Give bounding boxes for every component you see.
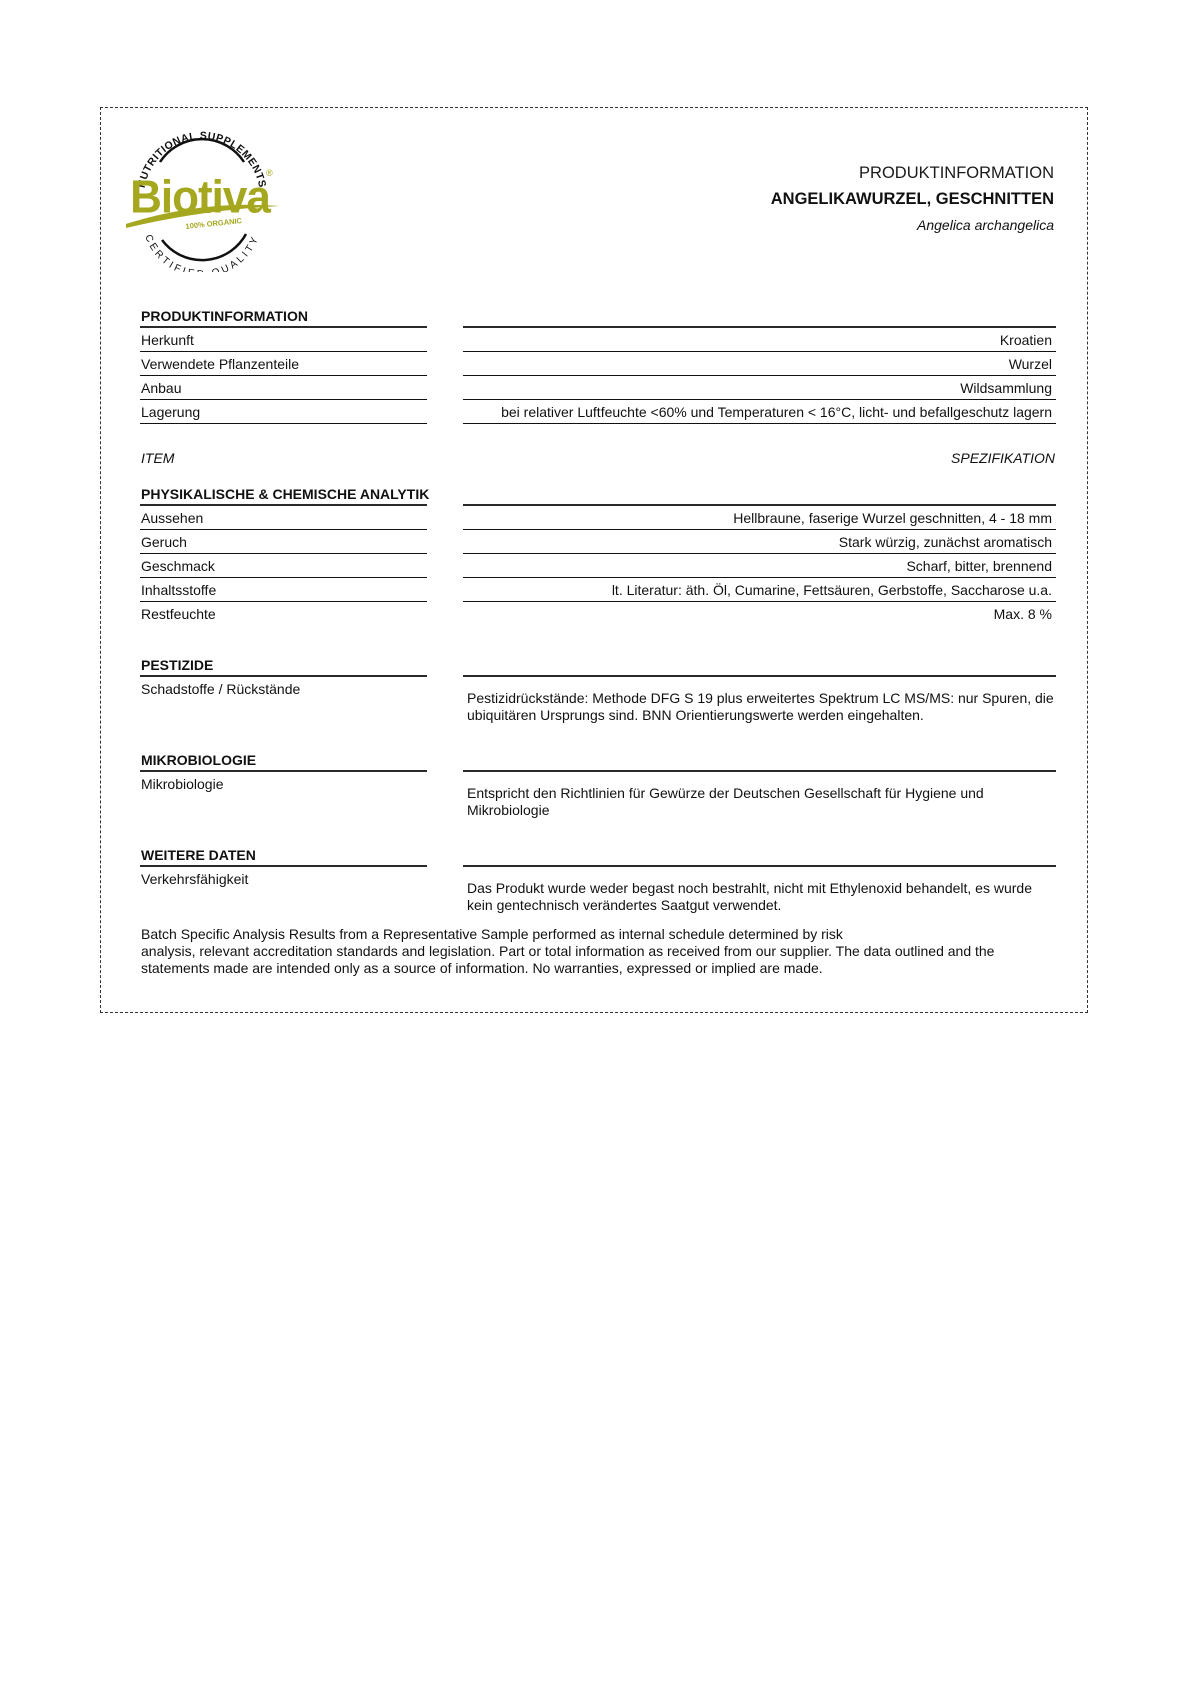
section-produktinformation: PRODUKTINFORMATION Herkunft Verwendete P…	[140, 306, 1056, 326]
table-row: Geschmack	[140, 554, 427, 578]
document-header: PRODUKTINFORMATION ANGELIKAWURZEL, GESCH…	[771, 160, 1054, 238]
row-label: Geruch	[140, 530, 187, 553]
row-value: lt. Literatur: äth. Öl, Cumarine, Fettsä…	[611, 578, 1056, 601]
table-row: Anbau	[140, 376, 427, 400]
section-analytik: PHYSIKALISCHE & CHEMISCHE ANALYTIK Ausse…	[140, 484, 1056, 504]
table-row: Verwendete Pflanzenteile	[140, 352, 427, 376]
table-row: Restfeuchte	[140, 602, 427, 626]
row-label: Anbau	[140, 376, 181, 399]
table-row: Geruch	[140, 530, 427, 554]
row-label: Schadstoffe / Rückstände	[140, 677, 427, 701]
biotiva-logo: NUTRITIONAL SUPPLEMENTS CERTIFIED QUALIT…	[122, 122, 282, 272]
disclaimer: Batch Specific Analysis Results from a R…	[141, 926, 1061, 977]
row-label: Geschmack	[140, 554, 215, 577]
row-value: bei relativer Luftfeuchte <60% und Tempe…	[500, 400, 1056, 423]
table-row: Inhaltsstoffe	[140, 578, 427, 602]
table-row: Aussehen	[140, 506, 427, 530]
section-pestizide: PESTIZIDE Schadstoffe / Rückstände Pesti…	[140, 655, 1056, 675]
table-row: Lagerung	[140, 400, 427, 424]
row-label: Aussehen	[140, 506, 203, 529]
row-value: Kroatien	[999, 328, 1056, 351]
section-weitere-daten: WEITERE DATEN Verkehrsfähigkeit Das Prod…	[140, 845, 1056, 865]
latin-name: Angelica archangelica	[771, 212, 1054, 238]
disclaimer-line-2: analysis, relevant accreditation standar…	[141, 943, 1061, 977]
row-label: Herkunft	[140, 328, 194, 351]
table-row: Hellbraune, faserige Wurzel geschnitten,…	[463, 506, 1056, 530]
table-row: lt. Literatur: äth. Öl, Cumarine, Fettsä…	[463, 578, 1056, 602]
table-row: Wildsammlung	[463, 376, 1056, 400]
table-row: bei relativer Luftfeuchte <60% und Tempe…	[463, 400, 1056, 424]
row-label: Inhaltsstoffe	[140, 578, 216, 601]
section-title: PRODUKTINFORMATION	[140, 306, 1056, 326]
section-title: MIKROBIOLOGIE	[140, 750, 1056, 770]
document-type: PRODUKTINFORMATION	[771, 160, 1054, 186]
row-value: Wurzel	[1008, 352, 1056, 375]
row-value: Entspricht den Richtlinien für Gewürze d…	[463, 772, 1056, 819]
logo-registered-mark: ®	[266, 168, 273, 178]
row-value: Max. 8 %	[993, 602, 1056, 626]
row-label: Restfeuchte	[140, 602, 216, 626]
column-headers: ITEM SPEZIFIKATION	[141, 450, 1055, 466]
row-label: Lagerung	[140, 400, 200, 423]
section-title: WEITERE DATEN	[140, 845, 1056, 865]
table-row: Kroatien	[463, 328, 1056, 352]
row-value: Hellbraune, faserige Wurzel geschnitten,…	[732, 506, 1056, 529]
table-row: Max. 8 %	[463, 602, 1056, 626]
row-value: Stark würzig, zunächst aromatisch	[838, 530, 1056, 553]
section-title: PHYSIKALISCHE & CHEMISCHE ANALYTIK	[140, 484, 1056, 504]
table-row: Scharf, bitter, brennend	[463, 554, 1056, 578]
section-mikrobiologie: MIKROBIOLOGIE Mikrobiologie Entspricht d…	[140, 750, 1056, 770]
row-value: Das Produkt wurde weder begast noch best…	[463, 867, 1056, 914]
product-name: ANGELIKAWURZEL, GESCHNITTEN	[771, 186, 1054, 212]
row-value: Wildsammlung	[959, 376, 1056, 399]
row-label: Mikrobiologie	[140, 772, 427, 796]
table-row: Stark würzig, zunächst aromatisch	[463, 530, 1056, 554]
row-label: Verkehrsfähigkeit	[140, 867, 427, 891]
table-row: Wurzel	[463, 352, 1056, 376]
logo-brand-text: Biotiva	[130, 170, 272, 222]
disclaimer-line-1: Batch Specific Analysis Results from a R…	[141, 926, 1061, 943]
row-label: Verwendete Pflanzenteile	[140, 352, 299, 375]
row-value: Pestizidrückstände: Methode DFG S 19 plu…	[463, 677, 1056, 724]
table-row: Herkunft	[140, 328, 427, 352]
item-column-header: ITEM	[141, 450, 174, 466]
row-value: Scharf, bitter, brennend	[905, 554, 1056, 577]
spec-column-header: SPEZIFIKATION	[951, 450, 1055, 466]
section-title: PESTIZIDE	[140, 655, 1056, 675]
